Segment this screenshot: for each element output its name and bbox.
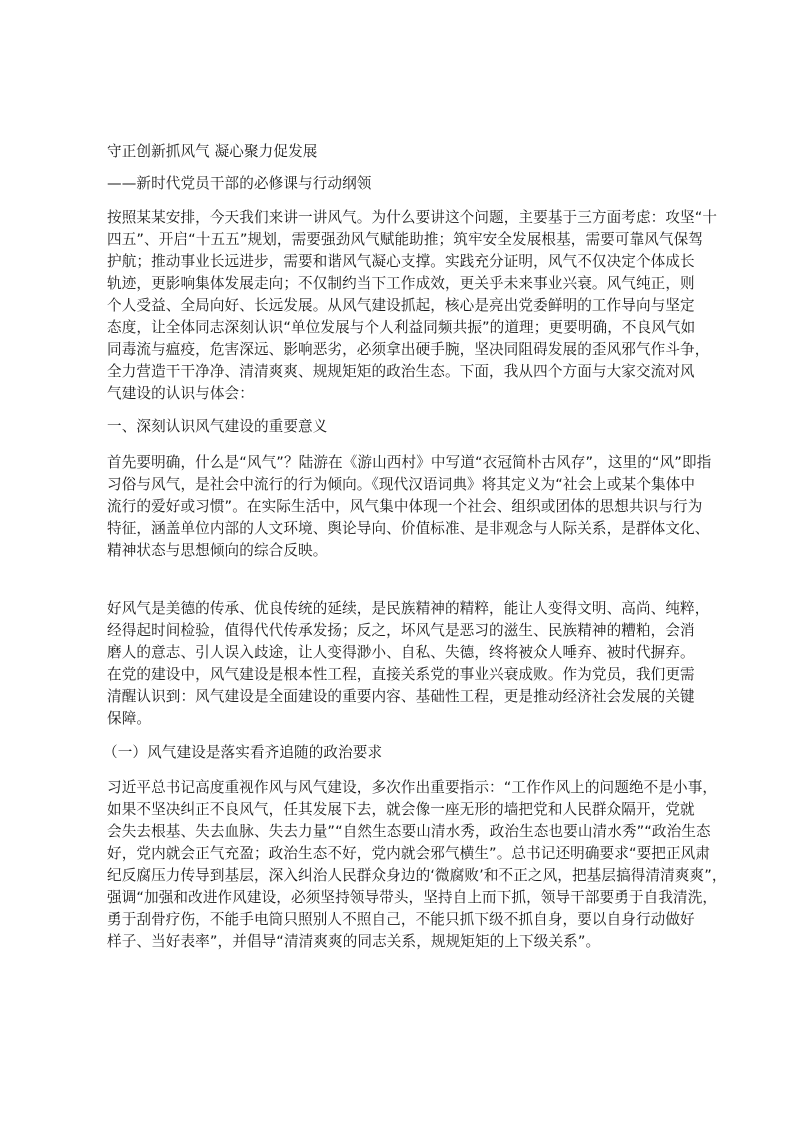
text-line: 在党的建设中，风气建设是根本性工程，直接关系党的事业兴衰成败。作为党员，我们更需 bbox=[107, 664, 697, 686]
text-line: 护航；推动事业长远进步，需要和谐风气凝心支撑。实践充分证明，风气不仅决定个体成长 bbox=[107, 251, 697, 273]
text-line: 清醒认识到：风气建设是全面建设的重要内容、基础性工程，更是推动经济社会发展的关键 bbox=[107, 686, 697, 708]
text-line: 态度，让全体同志深刻认识“单位发展与个人利益同频共振”的道理；更要明确，不良风气… bbox=[107, 317, 697, 339]
text-line: 如果不坚决纠正不良风气，任其发展下去，就会像一座无形的墙把党和人民群众隔开，党就 bbox=[107, 799, 697, 821]
text-line: 轨迹，更影响集体发展走向；不仅制约当下工作成效，更关乎未来事业兴衰。风气纯正，则 bbox=[107, 273, 697, 295]
text-line: 首先要明确，什么是“风气”？陆游在《游山西村》中写道“衣冠简朴古风存”，这里的“… bbox=[107, 452, 697, 474]
text-line: 个人受益、全局向好、长远发展。从风气建设抓起，核心是亮出党委鲜明的工作导向与坚定 bbox=[107, 295, 697, 317]
text-line: 纪反腐压力传导到基层，深入纠治人民群众身边的‘微腐败’和不正之风，把基层搞得清清… bbox=[107, 865, 697, 887]
text-line: 习俗与风气，是社会中流行的行为倾向。《现代汉语词典》将其定义为“社会上或某个集体… bbox=[107, 474, 697, 496]
text-line: 精神状态与思想倾向的综合反映。 bbox=[107, 540, 697, 562]
text-line: 好风气是美德的传承、优良传统的延续，是民族精神的精粹，能让人变得文明、高尚、纯粹… bbox=[107, 598, 697, 620]
text-line: 勇于刮骨疗伤，不能手电筒只照别人不照自己，不能只抓下级不抓自身，要以自身行动做好 bbox=[107, 909, 697, 931]
document-page: 守正创新抓风气 凝心聚力促发展 ——新时代党员干部的必修课与行动纲领 按照某某安… bbox=[0, 0, 793, 1122]
text-line: 强调“加强和改进作风建设，必须坚持领导带头，坚持自上而下抓，领导干部要勇于自我清… bbox=[107, 887, 697, 909]
subsection-heading: （一）风气建设是落实看齐追随的政治要求 bbox=[103, 742, 693, 764]
text-line: 全力营造干干净净、清清爽爽、规规矩矩的政治生态。下面，我从四个方面与大家交流对风 bbox=[107, 361, 697, 383]
text-line: 好，党内就会正气充盈；政治生态不好，党内就会邪气横生”。总书记还明确要求“要把正… bbox=[107, 843, 697, 865]
section-heading: 一、深刻认识风气建设的重要意义 bbox=[107, 416, 697, 438]
text-line: 按照某某安排，今天我们来讲一讲风气。为什么要讲这个问题，主要基于三方面考虑：攻坚… bbox=[107, 207, 697, 229]
text-line: 流行的爱好或习惯”。在实际生活中，风气集中体现一个社会、组织或团体的思想共识与行… bbox=[107, 496, 697, 518]
document-title: 守正创新抓风气 凝心聚力促发展 bbox=[107, 141, 697, 163]
text-line: 同毒流与瘟疫，危害深远、影响恶劣，必须拿出硬手腕，坚决同阻碍发展的歪风邪气作斗争… bbox=[107, 339, 697, 361]
text-line: 特征，涵盖单位内部的人文环境、舆论导向、价值标准、是非观念与人际关系，是群体文化… bbox=[107, 518, 697, 540]
text-line: 经得起时间检验，值得代代传承发扬；反之，坏风气是恶习的滋生、民族精神的糟粕，会消 bbox=[107, 620, 697, 642]
document-subtitle: ——新时代党员干部的必修课与行动纲领 bbox=[107, 173, 697, 195]
text-line: 习近平总书记高度重视作风与风气建设，多次作出重要指示：“工作作风上的问题绝不是小… bbox=[107, 777, 697, 799]
text-line: 磨人的意志、引人误入歧途，让人变得渺小、自私、失德，终将被众人唾弃、被时代摒弃。 bbox=[107, 642, 697, 664]
text-line: 保障。 bbox=[107, 708, 697, 730]
text-line: 会失去根基、失去血脉、失去力量”“自然生态要山清水秀，政治生态也要山清水秀”“政… bbox=[107, 821, 697, 843]
text-line: 四五”、开启“十五五”规划，需要强劲风气赋能助推；筑牢安全发展根基，需要可靠风气… bbox=[107, 229, 697, 251]
text-line: 样子、当好表率”，并倡导“清清爽爽的同志关系，规规矩矩的上下级关系”。 bbox=[107, 931, 697, 953]
text-line: 气建设的认识与体会： bbox=[107, 383, 697, 405]
